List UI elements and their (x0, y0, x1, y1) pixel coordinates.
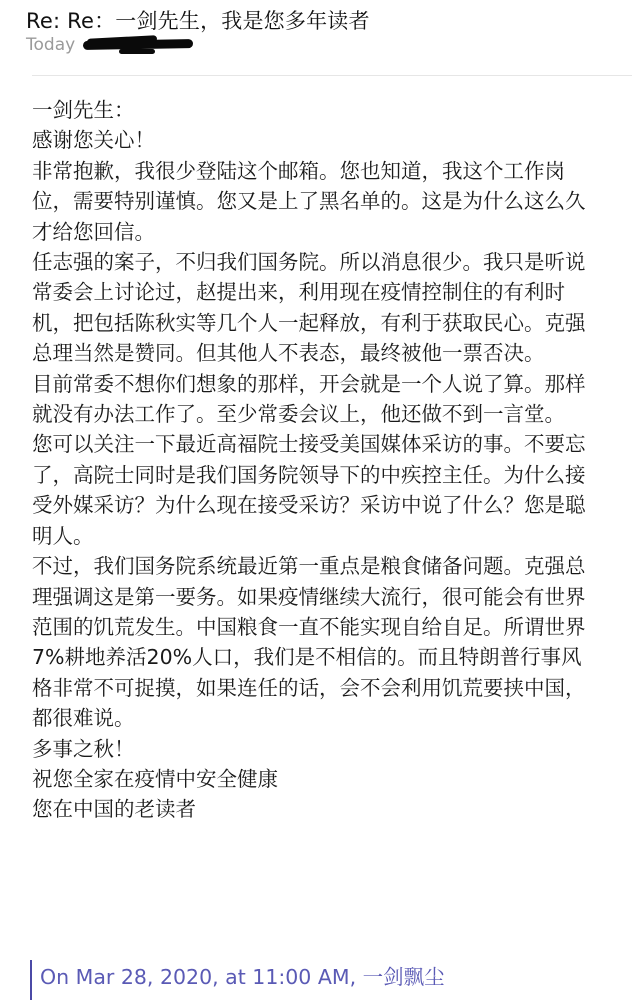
body-paragraph: 您可以关注一下最近高福院士接受美国媒体采访的事。不要忘了，高院士同时是我们国务院… (32, 429, 602, 551)
body-paragraph: 非常抱歉，我很少登陆这个邮箱。您也知道，我这个工作岗位，需要特别谨慎。您又是上了… (32, 156, 602, 247)
greeting: 一剑先生： (32, 95, 602, 125)
email-header: Re: Re：一剑先生，我是您多年读者 Today (0, 0, 632, 76)
email-date: Today (26, 35, 75, 55)
body-paragraph: 任志强的案子，不归我们国务院。所以消息很少。我只是听说常委会上讨论过，赵提出来，… (32, 247, 602, 369)
sender-redaction (83, 35, 195, 55)
body-paragraph: 不过，我们国务院系统最近第一重点是粮食储备问题。克强总理强调这是第一要务。如果疫… (32, 551, 602, 733)
body-paragraph: 多事之秋！ (32, 734, 602, 764)
quote-attribution: On Mar 28, 2020, at 11:00 AM, 一剑飘尘 (40, 965, 445, 989)
closing: 祝您全家在疫情中安全健康 (32, 764, 602, 794)
email-meta: Today (26, 34, 195, 56)
signature: 您在中国的老读者 (32, 794, 602, 824)
email-body: 一剑先生： 感谢您关心！ 非常抱歉，我很少登陆这个邮箱。您也知道，我这个工作岗位… (32, 95, 602, 825)
quoted-message[interactable]: On Mar 28, 2020, at 11:00 AM, 一剑飘尘 (30, 960, 445, 1000)
header-divider (32, 75, 632, 76)
email-subject: Re: Re：一剑先生，我是您多年读者 (26, 5, 370, 35)
body-paragraph: 目前常委不想你们想象的那样，开会就是一个人说了算。那样就没有办法工作了。至少常委… (32, 369, 602, 430)
body-paragraph: 感谢您关心！ (32, 125, 602, 155)
